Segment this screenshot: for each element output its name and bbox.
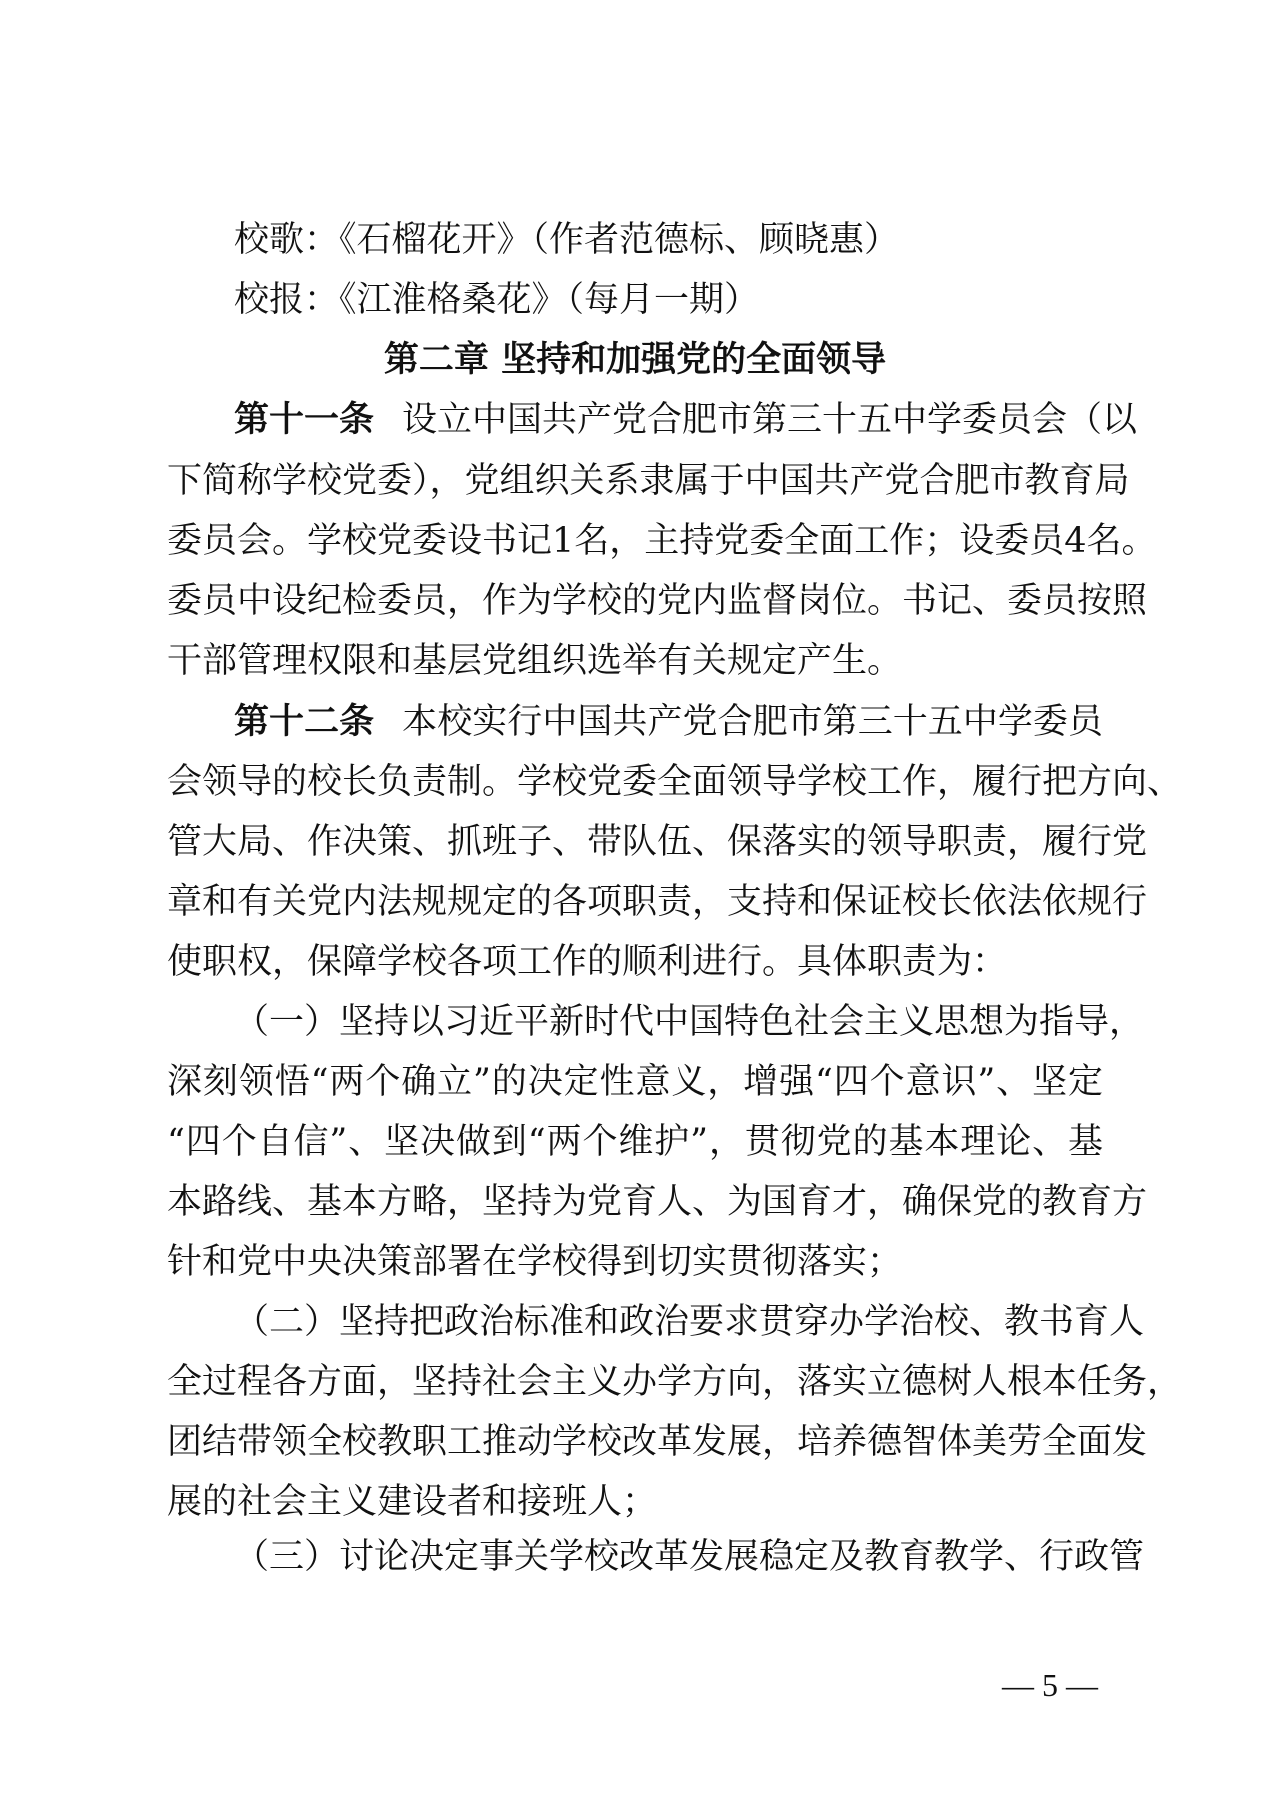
article-12-label: 第十二条	[234, 702, 374, 742]
article-11-label: 第十一条	[234, 400, 374, 440]
item-1-line: （一）坚持以习近平新时代中国特色社会主义思想为指导，	[234, 992, 1103, 1052]
article-11-line: 委员会。学校党委设书记1名，主持党委全面工作；设委员4名。	[167, 511, 1103, 571]
article-11-first-line: 第十一条设立中国共产党合肥市第三十五中学委员会（以	[234, 390, 1103, 450]
item-1-line: 深刻领悟“两个确立”的决定性意义，增强“四个意识”、坚定	[167, 1052, 1103, 1112]
article-12-line: 章和有关党内法规规定的各项职责，支持和保证校长依法依规行	[167, 872, 1103, 932]
item-2-line: 展的社会主义建设者和接班人；	[167, 1472, 1103, 1532]
item-2-line: （二）坚持把政治标准和政治要求贯穿办学治校、教书育人	[234, 1292, 1103, 1352]
item-3-line: （三）讨论决定事关学校改革发展稳定及教育教学、行政管	[234, 1527, 1103, 1587]
article-12-line: 管大局、作决策、抓班子、带队伍、保落实的领导职责，履行党	[167, 812, 1103, 872]
item-2-line: 团结带领全校教职工推动学校改革发展，培养德智体美劳全面发	[167, 1412, 1103, 1472]
article-12-text: 本校实行中国共产党合肥市第三十五中学委员	[402, 702, 1103, 742]
article-11-line: 委员中设纪检委员，作为学校的党内监督岗位。书记、委员按照	[167, 571, 1103, 631]
article-12-line: 会领导的校长负责制。学校党委全面领导学校工作，履行把方向、	[167, 752, 1103, 812]
chapter-heading: 第二章 坚持和加强党的全面领导	[167, 330, 1103, 390]
page-number: — 5 —	[990, 1665, 1110, 1705]
item-1-line: “四个自信”、坚决做到“两个维护”，贯彻党的基本理论、基	[167, 1112, 1103, 1172]
article-11-line: 下简称学校党委），党组织关系隶属于中国共产党合肥市教育局	[167, 451, 1103, 511]
article-11-line: 干部管理权限和基层党组织选举有关规定产生。	[167, 631, 1103, 691]
item-1-line: 针和党中央决策部署在学校得到切实贯彻落实；	[167, 1232, 1103, 1292]
article-12-first-line: 第十二条本校实行中国共产党合肥市第三十五中学委员	[234, 692, 1103, 752]
school-newspaper-line: 校报：《江淮格桑花》（每月一期）	[234, 270, 1103, 330]
item-2-line: 全过程各方面，坚持社会主义办学方向，落实立德树人根本任务，	[167, 1352, 1103, 1412]
school-song-line: 校歌：《石榴花开》（作者范德标、顾晓惠）	[234, 210, 1103, 270]
article-11-text: 设立中国共产党合肥市第三十五中学委员会（以	[402, 400, 1137, 440]
article-12-line: 使职权，保障学校各项工作的顺利进行。具体职责为：	[167, 932, 1103, 992]
document-page: 校歌：《石榴花开》（作者范德标、顾晓惠） 校报：《江淮格桑花》（每月一期） 第二…	[0, 0, 1269, 1794]
item-1-line: 本路线、基本方略，坚持为党育人、为国育才，确保党的教育方	[167, 1172, 1103, 1232]
